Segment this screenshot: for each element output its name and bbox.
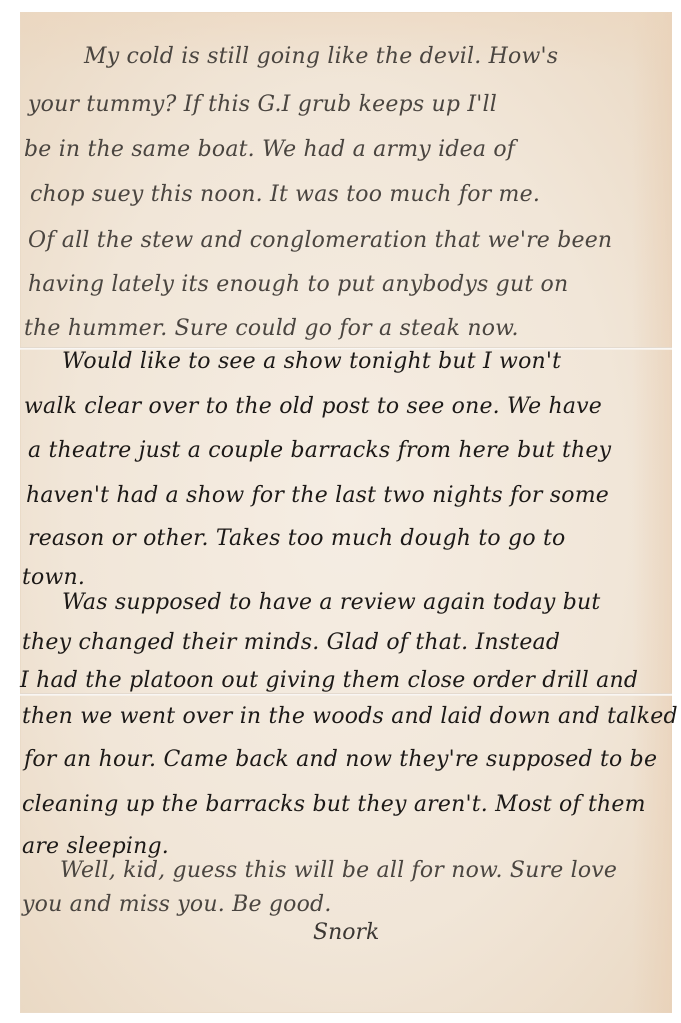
letter-line: chop suey this noon. It was too much for… xyxy=(30,182,540,207)
letter-line: are sleeping. xyxy=(22,834,169,859)
letter-line: town. xyxy=(22,565,85,590)
letter-line: Well, kid, guess this will be all for no… xyxy=(60,858,617,883)
letter-line: Of all the stew and conglomeration that … xyxy=(28,228,612,253)
letter-line: walk clear over to the old post to see o… xyxy=(24,394,602,419)
letter-line: My cold is still going like the devil. H… xyxy=(84,44,558,69)
letter-line: haven't had a show for the last two nigh… xyxy=(26,483,609,508)
letter-line: be in the same boat. We had a army idea … xyxy=(24,137,515,162)
letter-line: I had the platoon out giving them close … xyxy=(20,668,638,693)
letter-line: Would like to see a show tonight but I w… xyxy=(62,349,561,374)
letter-line: cleaning up the barracks but they aren't… xyxy=(22,792,646,817)
letter-line: the hummer. Sure could go for a steak no… xyxy=(24,316,519,341)
fold-line-lower xyxy=(20,693,672,696)
letter-line: for an hour. Came back and now they're s… xyxy=(24,747,657,772)
letter-line: Was supposed to have a review again toda… xyxy=(62,590,600,615)
letter-page: My cold is still going like the devil. H… xyxy=(20,12,672,1013)
letter-line: then we went over in the woods and laid … xyxy=(22,704,678,729)
letter-line: a theatre just a couple barracks from he… xyxy=(28,438,611,463)
letter-line: your tummy? If this G.I grub keeps up I'… xyxy=(28,92,497,117)
letter-line: they changed their minds. Glad of that. … xyxy=(22,630,560,655)
letter-line: having lately its enough to put anybodys… xyxy=(28,272,568,297)
signature: Snork xyxy=(313,920,379,945)
letter-line: reason or other. Takes too much dough to… xyxy=(28,526,565,551)
letter-line: you and miss you. Be good. xyxy=(22,892,332,917)
